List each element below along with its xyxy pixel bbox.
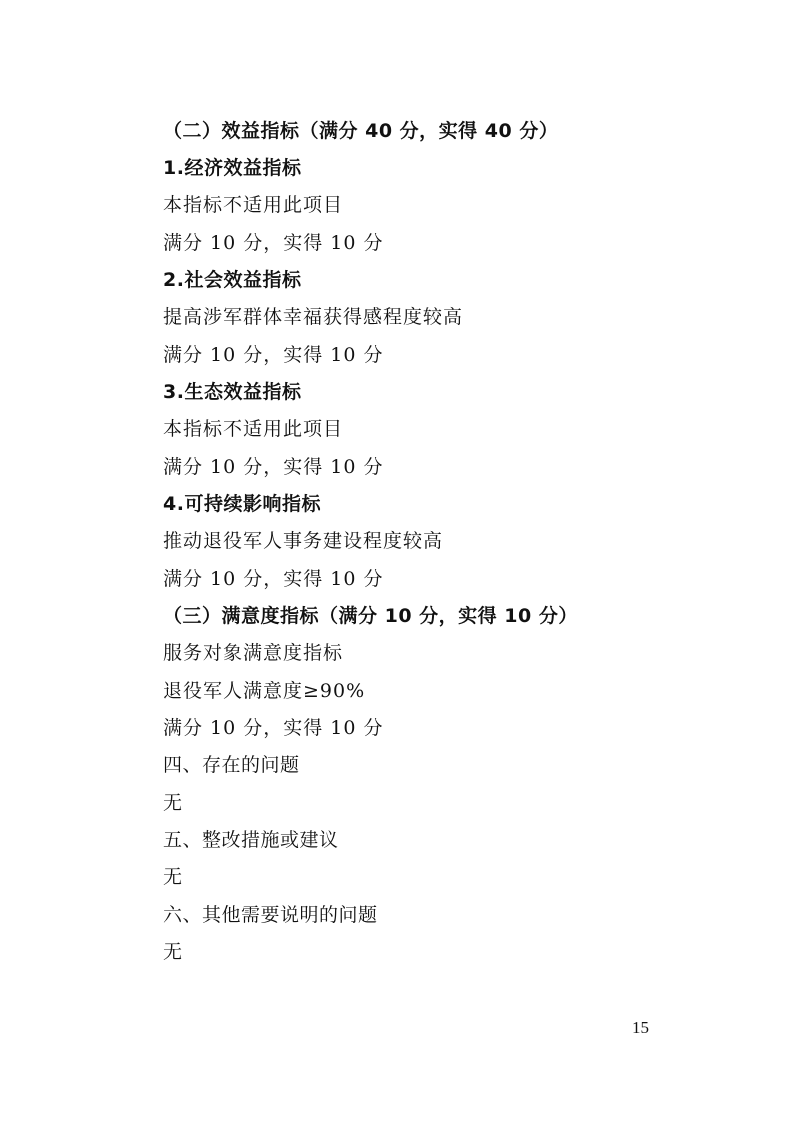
section-heading: 1.经济效益指标 <box>163 155 301 181</box>
body-text-line: 服务对象满意度指标 <box>163 640 343 666</box>
body-text-line: 满分 10 分，实得 10 分 <box>163 566 384 592</box>
section-heading: （三）满意度指标（满分 10 分，实得 10 分） <box>163 603 578 629</box>
body-text-line: 满分 10 分，实得 10 分 <box>163 454 384 480</box>
section-heading: （二）效益指标（满分 40 分，实得 40 分） <box>163 118 558 144</box>
body-text-line: 无 <box>163 864 183 890</box>
body-text-line: 满分 10 分，实得 10 分 <box>163 342 384 368</box>
section-heading: 四、存在的问题 <box>163 752 300 778</box>
body-text-line: 本指标不适用此项目 <box>163 416 343 442</box>
section-heading: 2.社会效益指标 <box>163 267 301 293</box>
body-text-line: 无 <box>163 790 183 816</box>
body-text-line: 退役军人满意度≥90% <box>163 678 365 704</box>
section-heading: 4.可持续影响指标 <box>163 491 321 517</box>
body-text-line: 提高涉军群体幸福获得感程度较高 <box>163 304 463 330</box>
body-text-line: 推动退役军人事务建设程度较高 <box>163 528 443 554</box>
page-number: 15 <box>632 1018 649 1038</box>
section-heading: 五、整改措施或建议 <box>163 827 339 853</box>
body-text-line: 满分 10 分，实得 10 分 <box>163 230 384 256</box>
section-heading: 3.生态效益指标 <box>163 379 301 405</box>
body-text-line: 无 <box>163 939 183 965</box>
body-text-line: 本指标不适用此项目 <box>163 192 343 218</box>
section-heading: 六、其他需要说明的问题 <box>163 902 378 928</box>
body-text-line: 满分 10 分，实得 10 分 <box>163 715 384 741</box>
